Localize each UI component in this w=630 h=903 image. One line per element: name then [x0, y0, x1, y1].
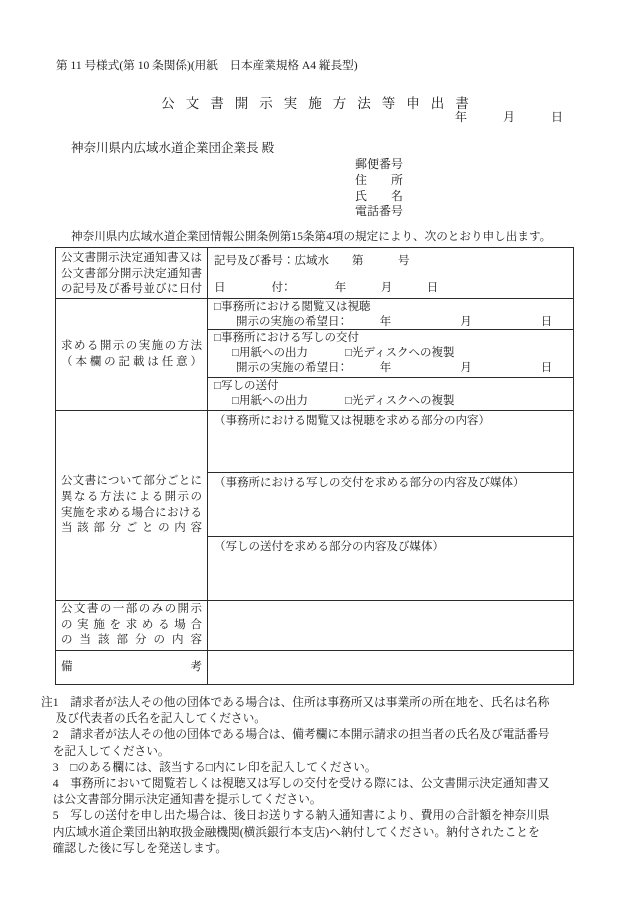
- intro-statement: 神奈川県内広域水道企業団情報公開条例第15条第4項の規定により、次のとおり申し出…: [71, 228, 551, 244]
- note-4: 4 事務所において閲覧若しくは視聴又は写しの交付を受ける際には、公文書開示決定通…: [41, 776, 626, 808]
- postal-code-label: 郵便番号: [355, 157, 403, 173]
- document-page: 第 11 号様式(第 10 条関係)(用紙 日本産業規格 A4 縦長型) 公文書…: [0, 0, 630, 903]
- note-2: 2 請求者が法人その他の団体である場合は、備考欄に本開示請求の担当者の氏名及び電…: [41, 727, 626, 759]
- checkbox-icon: □: [214, 332, 221, 344]
- copy-mailing-label: 写しの送付: [221, 380, 279, 392]
- row4-header-line: の実施を求める場合: [61, 618, 202, 634]
- name-label: 氏 名: [355, 189, 403, 205]
- checkbox-icon: □: [345, 347, 352, 359]
- row2-header-line: 求める開示の実施の方法: [61, 339, 202, 355]
- checkbox-icon: □: [232, 395, 239, 407]
- office-copy-label: 事務所における写しの交付: [221, 332, 359, 344]
- optical-disc-option: □光ディスクへの複製: [345, 347, 455, 359]
- form-code-line: 第 11 号様式(第 10 条関係)(用紙 日本産業規格 A4 縦長型): [56, 57, 358, 73]
- notification-date-line: 日 付： 年 月 日: [214, 279, 567, 295]
- optical-disc-label: 光ディスクへの複製: [352, 347, 455, 359]
- mailing-part-entry-cell: （写しの送付を求める部分の内容及び媒体）: [208, 537, 573, 600]
- date-line: 年 月 日: [455, 108, 563, 125]
- remarks-label: 備考: [61, 660, 202, 676]
- checkbox-icon: □: [214, 301, 221, 313]
- phone-label: 電話番号: [355, 204, 403, 220]
- row2-value-cell: □事務所における閲覧又は視聴 開示の実施の希望日： 年 月 日 □事務所における…: [208, 299, 573, 410]
- copy-media-options-line: □用紙への出力□光ディスクへの複製: [214, 346, 567, 361]
- symbol-number-line: 記号及び番号：広域水 第 号: [214, 252, 567, 268]
- row1-header-line: の記号及び番号並びに日付: [61, 282, 202, 298]
- note-5: 5 写しの送付を申し出た場合は、後日お送りする納入通知書により、費用の合計額を神…: [41, 808, 626, 857]
- row1-header-line: 公文書開示決定通知書又は: [61, 251, 202, 267]
- row3-header-line: 実施を求める場合における: [61, 506, 202, 522]
- row3-header-line: 当該部分ごとの内容: [61, 521, 202, 537]
- desired-date-line: 開示の実施の希望日： 年 月 日: [214, 315, 567, 330]
- notes: 注1 請求者が法人その他の団体である場合は、住所は事務所又は事業所の所在地を、氏…: [41, 695, 626, 857]
- row1-header-cell: 公文書開示決定通知書又は 公文書部分開示決定通知書 の記号及び番号並びに日付: [56, 248, 208, 298]
- row3-header-line: 異なる方法による開示の: [61, 490, 202, 506]
- paper-output-label: 用紙への出力: [239, 395, 308, 407]
- method-copy-mailing-cell: □写しの送付 □用紙への出力□光ディスクへの複製: [208, 378, 573, 410]
- table-row-remarks: 備考: [56, 651, 573, 684]
- row4-header-line: の当該部分の内容: [61, 633, 202, 649]
- row4-header-line: 公文書の一部のみの開示: [61, 602, 202, 618]
- row1-value-cell: 記号及び番号：広域水 第 号 日 付： 年 月 日: [208, 248, 573, 298]
- viewing-part-entry-cell: （事務所における閲覧又は視聴を求める部分の内容）: [208, 411, 573, 473]
- method-office-copy-cell: □事務所における写しの交付 □用紙への出力□光ディスクへの複製 開示の実施の希望…: [208, 330, 573, 378]
- checkbox-icon: □: [345, 395, 352, 407]
- row4-header-cell: 公文書の一部のみの開示 の実施を求める場合 の当該部分の内容: [56, 601, 208, 650]
- remarks-value-cell: [208, 651, 573, 684]
- row1-header-line: 公文書部分開示決定通知書: [61, 267, 202, 283]
- row3-header-cell: 公文書について部分ごとに 異なる方法による開示の 実施を求める場合における 当該…: [56, 411, 208, 600]
- table-row-per-part-methods: 公文書について部分ごとに 異なる方法による開示の 実施を求める場合における 当該…: [56, 411, 573, 601]
- optical-disc-label: 光ディスクへの複製: [352, 395, 455, 407]
- desired-date-line: 開示の実施の希望日： 年 月 日: [214, 361, 567, 376]
- note-3: 3 □のある欄には、該当する□内にレ印を記入してください。: [41, 760, 626, 776]
- optical-disc-option: □光ディスクへの複製: [345, 395, 455, 407]
- table-row-partial-disclosure: 公文書の一部のみの開示 の実施を求める場合 の当該部分の内容: [56, 601, 573, 651]
- table-row-notification-number: 公文書開示決定通知書又は 公文書部分開示決定通知書 の記号及び番号並びに日付 記…: [56, 248, 573, 299]
- checkbox-line-office-viewing: □事務所における閲覧又は視聴: [214, 300, 567, 315]
- paper-output-label: 用紙への出力: [239, 347, 308, 359]
- remarks-header-cell: 備考: [56, 651, 208, 684]
- contact-block: 郵便番号 住 所 氏 名 電話番号: [355, 157, 403, 220]
- note-1: 注1 請求者が法人その他の団体である場合は、住所は事務所又は事業所の所在地を、氏…: [41, 695, 626, 727]
- method-office-viewing-cell: □事務所における閲覧又は視聴 開示の実施の希望日： 年 月 日: [208, 299, 573, 330]
- checkbox-icon: □: [214, 380, 221, 392]
- row2-header-cell: 求める開示の実施の方法 （本欄の記載は任意）: [56, 299, 208, 410]
- office-copy-part-entry-cell: （事務所における写しの交付を求める部分の内容及び媒体）: [208, 473, 573, 537]
- form-table: 公文書開示決定通知書又は 公文書部分開示決定通知書 の記号及び番号並びに日付 記…: [55, 247, 574, 685]
- row4-value-cell: [208, 601, 573, 650]
- checkbox-line-office-copy: □事務所における写しの交付: [214, 331, 567, 346]
- row3-value-cell: （事務所における閲覧又は視聴を求める部分の内容） （事務所における写しの交付を求…: [208, 411, 573, 600]
- addressee-line: 神奈川県内広域水道企業団企業長 殿: [71, 138, 274, 156]
- checkbox-line-copy-mailing: □写しの送付: [214, 379, 567, 394]
- row2-header-line: （本欄の記載は任意）: [61, 355, 202, 371]
- office-viewing-label: 事務所における閲覧又は視聴: [221, 301, 371, 313]
- checkbox-icon: □: [232, 347, 239, 359]
- address-label: 住 所: [355, 173, 403, 189]
- row3-header-line: 公文書について部分ごとに: [61, 474, 202, 490]
- table-row-disclosure-method: 求める開示の実施の方法 （本欄の記載は任意） □事務所における閲覧又は視聴 開示…: [56, 299, 573, 411]
- copy-media-options-line: □用紙への出力□光ディスクへの複製: [214, 394, 567, 409]
